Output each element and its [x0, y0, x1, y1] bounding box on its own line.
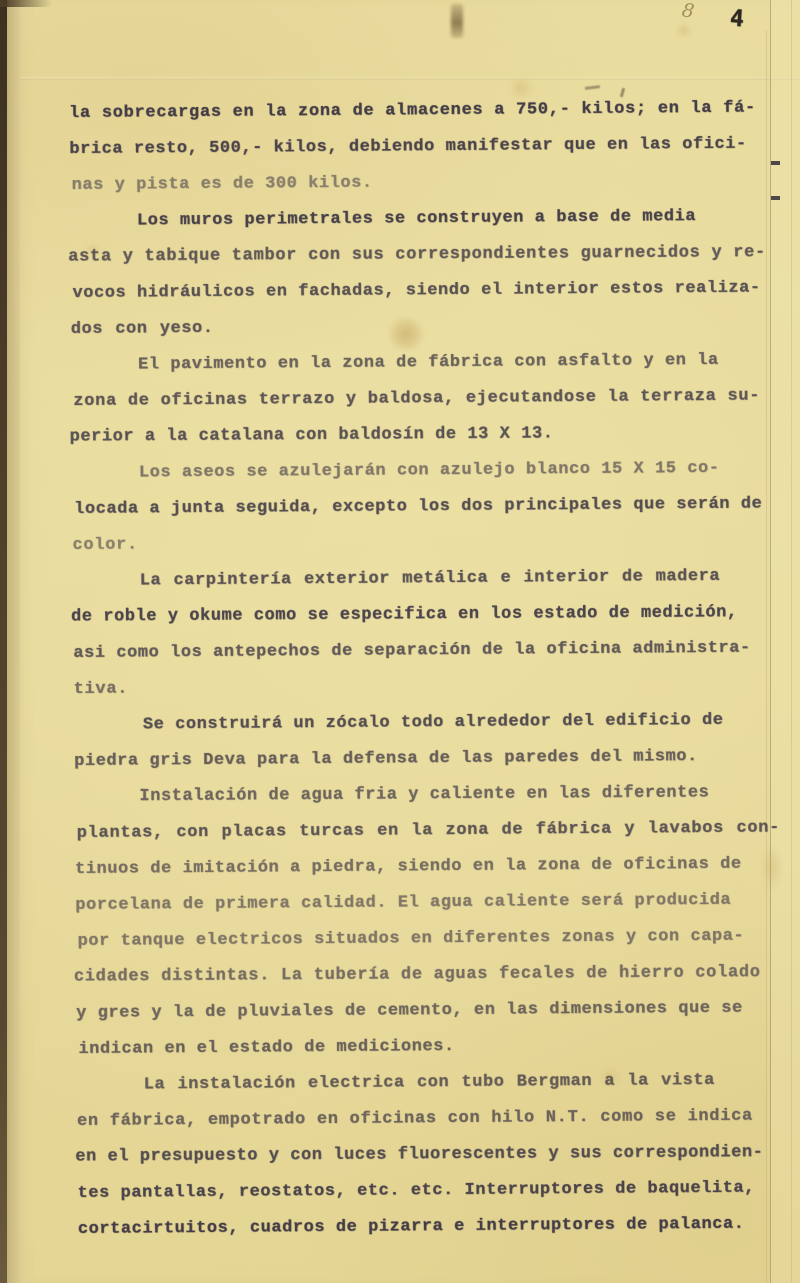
- text-line: tes pantallas, reostatos, etc. etc. Inte…: [77, 1171, 767, 1212]
- typewritten-text-block: la sobrecargas en la zona de almacenes a…: [69, 91, 768, 1248]
- text-line: perior a la catalana con baldosín de 13 …: [70, 415, 760, 455]
- text-line: piedra gris Deva para la defensa de las …: [74, 739, 764, 780]
- text-line: La carpintería exterior metálica e inter…: [73, 559, 763, 600]
- scan-left-paper-edge: [7, 0, 20, 1283]
- paper-right-margin-strip: [770, 0, 800, 1283]
- text-line: nas y pista es de 300 kilos.: [72, 163, 762, 204]
- text-line: zona de oficinas terrazo y baldosa, ejec…: [73, 379, 763, 420]
- text-line: plantas, con placas turcas en la zona de…: [77, 811, 767, 852]
- text-line: asi como los antepechos de separación de…: [73, 631, 763, 672]
- text-line: tinuos de imitación a piedra, siendo en …: [75, 847, 765, 888]
- text-line: dos con yeso.: [71, 307, 761, 348]
- text-line: porcelana de primera calidad. El agua ca…: [75, 883, 765, 924]
- paper-stain: [676, 24, 692, 37]
- scan-top-edge: [0, 0, 52, 7]
- handwritten-number: 8: [680, 0, 695, 23]
- text-line: de roble y okume como se especifica en l…: [71, 595, 761, 635]
- text-line: tiva.: [73, 667, 763, 708]
- text-line: vocos hidráulicos en fachadas, siendo el…: [72, 271, 762, 312]
- text-line: cortacirtuitos, cuadros de pizarra e int…: [78, 1207, 768, 1248]
- pencil-dash-mark: [585, 85, 600, 90]
- text-line: Instalación de agua fria y caliente en l…: [72, 775, 762, 815]
- staple-smudge-mark: [451, 4, 463, 38]
- margin-tick-mark: [771, 161, 780, 165]
- paper-crease: [20, 77, 800, 80]
- text-line: locada a junta seguida, excepto los dos …: [74, 487, 764, 528]
- text-line: Los muros perimetrales se construyen a b…: [70, 199, 760, 240]
- text-line: en el presupuesto y con luces fluorescen…: [75, 1135, 765, 1175]
- paper-fold-line-outer: [791, 0, 792, 1283]
- scanned-document-page: 8 4 la sobrecargas en la zona de almacen…: [0, 0, 800, 1283]
- text-line: brica resto, 500,- kilos, debiendo manif…: [69, 127, 759, 168]
- scan-left-edge: [0, 0, 7, 1283]
- text-line: indican en el estado de mediciones.: [78, 1027, 768, 1068]
- text-line: y gres y la de pluviales de cemento, en …: [76, 991, 766, 1032]
- text-line: asta y tabique tambor con sus correspond…: [68, 235, 758, 275]
- text-line: en fábrica, empotrado en oficinas con hi…: [77, 1099, 767, 1140]
- text-line: color.: [72, 523, 762, 564]
- text-line: La instalación electrica con tubo Bergma…: [77, 1063, 767, 1104]
- text-line: El pavimento en la zona de fábrica con a…: [71, 343, 761, 384]
- margin-tick-mark: [771, 196, 780, 200]
- page-number: 4: [729, 6, 745, 33]
- text-line: cidades distintas. La tubería de aguas f…: [74, 955, 764, 995]
- text-line: la sobrecargas en la zona de almacenes a…: [69, 91, 759, 132]
- text-line: por tanque electricos situados en difere…: [77, 919, 767, 960]
- text-line: Se construirá un zócalo todo alrededor d…: [76, 703, 766, 744]
- text-line: Los aseos se azulejarán con azulejo blan…: [72, 451, 762, 492]
